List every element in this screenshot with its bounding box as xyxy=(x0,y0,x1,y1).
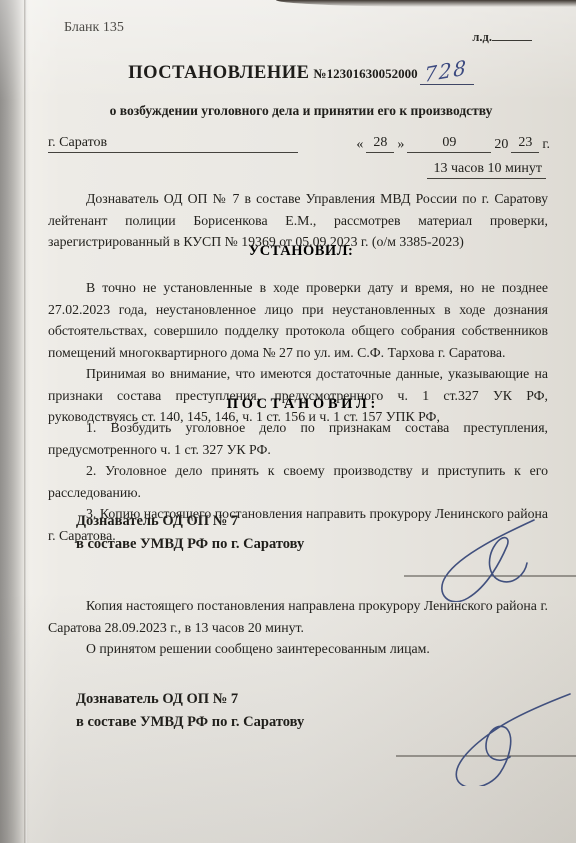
notice-note: О принятом решении сообщено заинтересова… xyxy=(48,638,548,660)
sheet-number-blank xyxy=(492,29,532,41)
date-open-quote: « xyxy=(356,137,363,153)
date-year-suffix: г. xyxy=(542,137,550,153)
handwritten-case-suffix: 728 xyxy=(424,55,468,87)
document-photo: Бланк 135 л.д. ПОСТАНОВЛЕНИЕ №1230163005… xyxy=(0,0,576,843)
date-close-quote: » xyxy=(397,137,404,153)
established-paragraph-1: В точно не установленные в ходе проверки… xyxy=(48,277,548,363)
resolved-item-1: 1. Возбудить уголовное дело по признакам… xyxy=(48,417,548,460)
date-year: 23 xyxy=(511,135,539,153)
date-century: 20 xyxy=(494,137,508,153)
case-number: №12301630052000 xyxy=(314,66,418,81)
signature-1 xyxy=(404,514,576,602)
signer-title-line-1: Дознаватель ОД ОП № 7 xyxy=(76,510,304,533)
date-month: 09 xyxy=(407,135,491,153)
title-row: ПОСТАНОВЛЕНИЕ №12301630052000728 xyxy=(26,59,576,85)
sheet-number-field: л.д. xyxy=(472,29,532,45)
established-heading: УСТАНОВИЛ: xyxy=(26,243,576,260)
resolved-item-2: 2. Уголовное дело принять к своему произ… xyxy=(48,460,548,503)
page-left-crease xyxy=(24,0,27,843)
document-subtitle: о возбуждении уголовного дела и принятии… xyxy=(26,103,576,119)
blank-form-label: Бланк 135 xyxy=(64,20,124,36)
signer-title-line-1: Дознаватель ОД ОП № 7 xyxy=(76,688,304,711)
document-title: ПОСТАНОВЛЕНИЕ xyxy=(128,63,309,83)
signer-title-line-2: в составе УМВД РФ по г. Саратову xyxy=(76,711,304,734)
place-date-row: г. Саратов «28» 09 2023г. xyxy=(48,135,550,153)
resolved-heading: П О С Т А Н О В И Л : xyxy=(26,396,576,413)
copy-note-section: Копия настоящего постановления направлен… xyxy=(48,595,548,660)
signer-title-line-2: в составе УМВД РФ по г. Саратову xyxy=(76,533,304,556)
date-field: «28» 09 2023г. xyxy=(356,135,550,153)
date-day: 28 xyxy=(366,135,394,153)
time-field: 13 часов 10 минут xyxy=(427,161,546,179)
copy-note: Копия настоящего постановления направлен… xyxy=(48,595,548,638)
handwritten-number-underline: 728 xyxy=(420,59,474,85)
paper-top-edge xyxy=(276,0,576,7)
signer-block-2: Дознаватель ОД ОП № 7 в составе УМВД РФ … xyxy=(76,688,304,734)
signer-block-1: Дознаватель ОД ОП № 7 в составе УМВД РФ … xyxy=(76,510,304,556)
signature-2 xyxy=(396,686,576,786)
place-field: г. Саратов xyxy=(48,135,298,153)
sheet-number-label: л.д. xyxy=(472,30,492,44)
